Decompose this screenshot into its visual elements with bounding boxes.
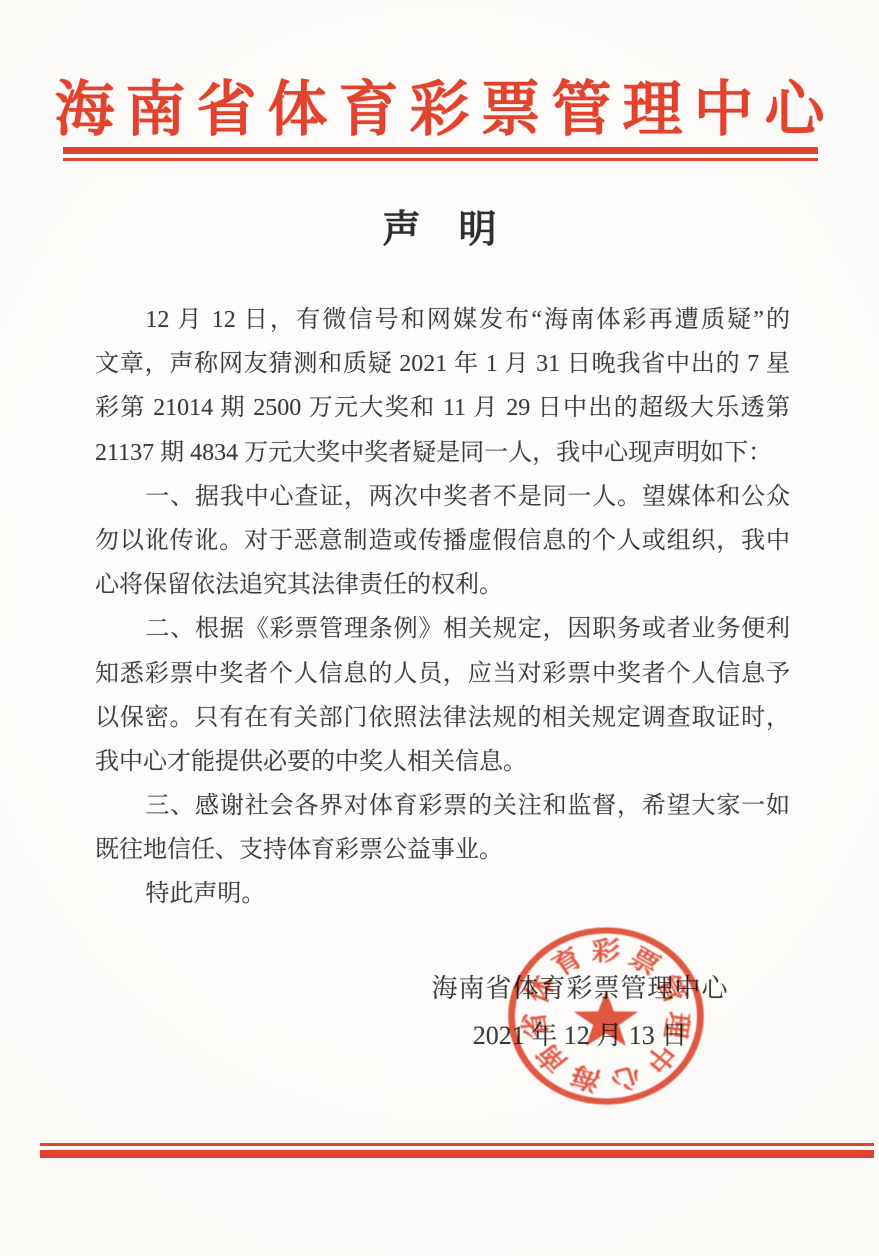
body-line: 二、根据《彩票管理条例》相关规定，因职务或者业务便利 <box>95 607 790 651</box>
svg-text:体: 体 <box>520 971 562 1007</box>
body-line: 三、感谢社会各界对体育彩票的关注和监督，希望大家一如 <box>95 784 790 828</box>
body-line: 文章，声称网友猜测和质疑 2021 年 1 月 31 日晚我省中出的 7 星 <box>95 342 790 386</box>
letterhead-title: 海南省体育彩票管理中心 <box>0 62 879 148</box>
footer-divider-thin <box>40 1143 874 1146</box>
body-line: 知悉彩票中奖者个人信息的人员，应当对彩票中奖者个人信息予 <box>95 652 790 696</box>
statement-body: 12 月 12 日，有微信号和网媒发布“海南体彩再遭质疑”的文章，声称网友猜测和… <box>95 298 790 917</box>
body-line: 21137 期 4834 万元大奖中奖者疑是同一人，我中心现声明如下： <box>95 431 790 475</box>
document-page: 海南省体育彩票管理中心 声 明 12 月 12 日，有微信号和网媒发布“海南体彩… <box>0 0 879 1256</box>
body-line: 彩第 21014 期 2500 万元大奖和 11 月 29 日中出的超级大乐透第 <box>95 386 790 430</box>
body-line: 特此声明。 <box>95 872 790 916</box>
svg-text:海: 海 <box>567 1060 604 1096</box>
body-line: 12 月 12 日，有微信号和网媒发布“海南体彩再遭质疑”的 <box>95 298 790 342</box>
body-line: 我中心才能提供必要的中奖人相关信息。 <box>95 740 790 784</box>
statement-title: 声 明 <box>0 198 879 253</box>
body-line: 既往地信任、支持体育彩票公益事业。 <box>95 828 790 872</box>
svg-text:省: 省 <box>517 1010 553 1040</box>
body-line: 一、据我中心查证，两次中奖者不是同一人。望媒体和公众 <box>95 475 790 519</box>
body-line: 勿以讹传讹。对于恶意制造或传播虚假信息的个人或组织，我中 <box>95 519 790 563</box>
letterhead-divider-thick <box>63 147 818 154</box>
svg-text:心: 心 <box>606 1060 644 1096</box>
seal-star-icon <box>574 991 638 1046</box>
letterhead-divider-thin <box>63 158 818 161</box>
footer-divider-thick <box>40 1150 874 1158</box>
svg-text:彩: 彩 <box>592 936 621 965</box>
svg-text:管: 管 <box>650 971 692 1007</box>
body-line: 以保密。只有在有关部门依照法律法规的相关规定调查取证时， <box>95 696 790 740</box>
svg-text:理: 理 <box>659 1010 695 1040</box>
official-seal: 海南省体育彩票管理中心 <box>500 920 712 1112</box>
body-line: 心将保留依法追究其法律责任的权利。 <box>95 563 790 607</box>
